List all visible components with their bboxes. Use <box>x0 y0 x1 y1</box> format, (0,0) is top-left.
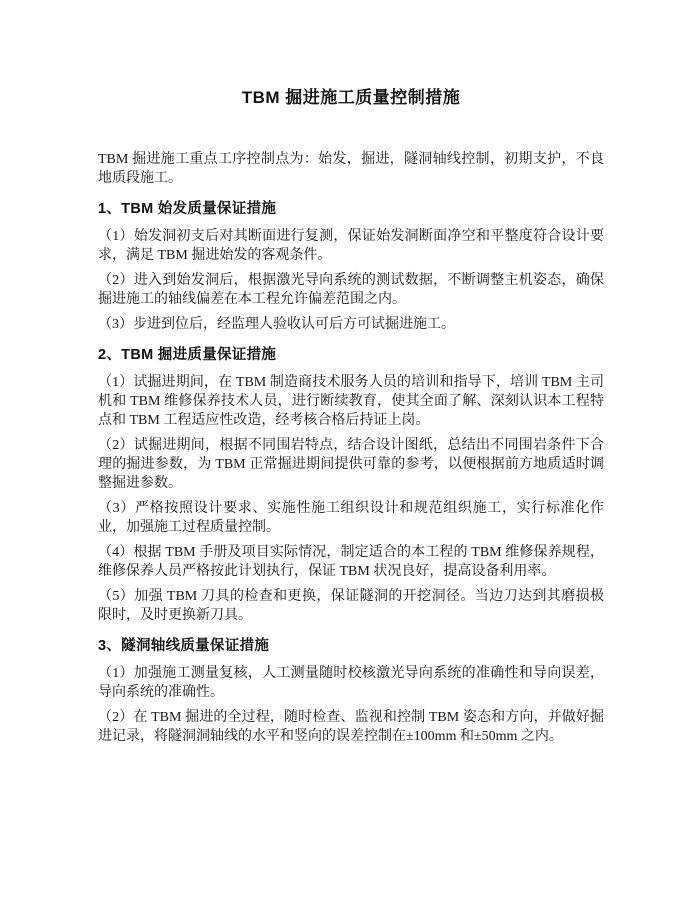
document-title: TBM 掘进施工质量控制措施 <box>98 86 604 110</box>
section-2-paragraph-1: （1）试掘进期间，在 TBM 制造商技术服务人员的培训和指导下，培训 TBM 主… <box>98 373 604 430</box>
section-1-paragraph-3: （3）步进到位后，经监理人验收认可后方可试掘进施工。 <box>98 315 604 334</box>
section-2-paragraph-4: （4）根据 TBM 手册及项目实际情况，制定适合的本工程的 TBM 维修保养规程… <box>98 543 604 581</box>
document-content: TBM 掘进施工质量控制措施 TBM 掘进施工重点工序控制点为：始发，掘进，隧洞… <box>98 86 604 752</box>
section-2-heading: 2、TBM 掘进质量保证措施 <box>98 346 604 365</box>
document-page: TBM 掘进施工质量控制措施 TBM 掘进施工重点工序控制点为：始发，掘进，隧洞… <box>0 0 700 905</box>
section-1-paragraph-1: （1）始发洞初支后对其断面进行复测，保证始发洞断面净空和平整度符合设计要求，满足… <box>98 227 604 265</box>
section-3: 3、隧洞轴线质量保证措施 （1）加强施工测量复核，人工测量随时校核激光导向系统的… <box>98 637 604 746</box>
section-1-heading: 1、TBM 始发质量保证措施 <box>98 200 604 219</box>
section-2-paragraph-5: （5）加强 TBM 刀具的检查和更换，保证隧洞的开挖洞径。当边刀达到其磨损极限时… <box>98 587 604 625</box>
section-1: 1、TBM 始发质量保证措施 （1）始发洞初支后对其断面进行复测，保证始发洞断面… <box>98 200 604 334</box>
section-2-paragraph-2: （2）试掘进期间，根据不同围岩特点，结合设计图纸，总结出不同围岩条件下合理的掘进… <box>98 436 604 493</box>
section-2-paragraph-3: （3）严格按照设计要求、实施性施工组织设计和规范组织施工，实行标准化作业，加强施… <box>98 499 604 537</box>
section-2: 2、TBM 掘进质量保证措施 （1）试掘进期间，在 TBM 制造商技术服务人员的… <box>98 346 604 625</box>
section-3-heading: 3、隧洞轴线质量保证措施 <box>98 637 604 656</box>
section-3-paragraph-2: （2）在 TBM 掘进的全过程，随时检查、监视和控制 TBM 姿态和方向，并做好… <box>98 708 604 746</box>
section-1-paragraph-2: （2）进入到始发洞后，根据激光导向系统的测试数据，不断调整主机姿态，确保掘进施工… <box>98 271 604 309</box>
section-3-paragraph-1: （1）加强施工测量复核，人工测量随时校核激光导向系统的准确性和导向误差，导向系统… <box>98 664 604 702</box>
intro-paragraph: TBM 掘进施工重点工序控制点为：始发，掘进，隧洞轴线控制，初期支护，不良地质段… <box>98 150 604 188</box>
